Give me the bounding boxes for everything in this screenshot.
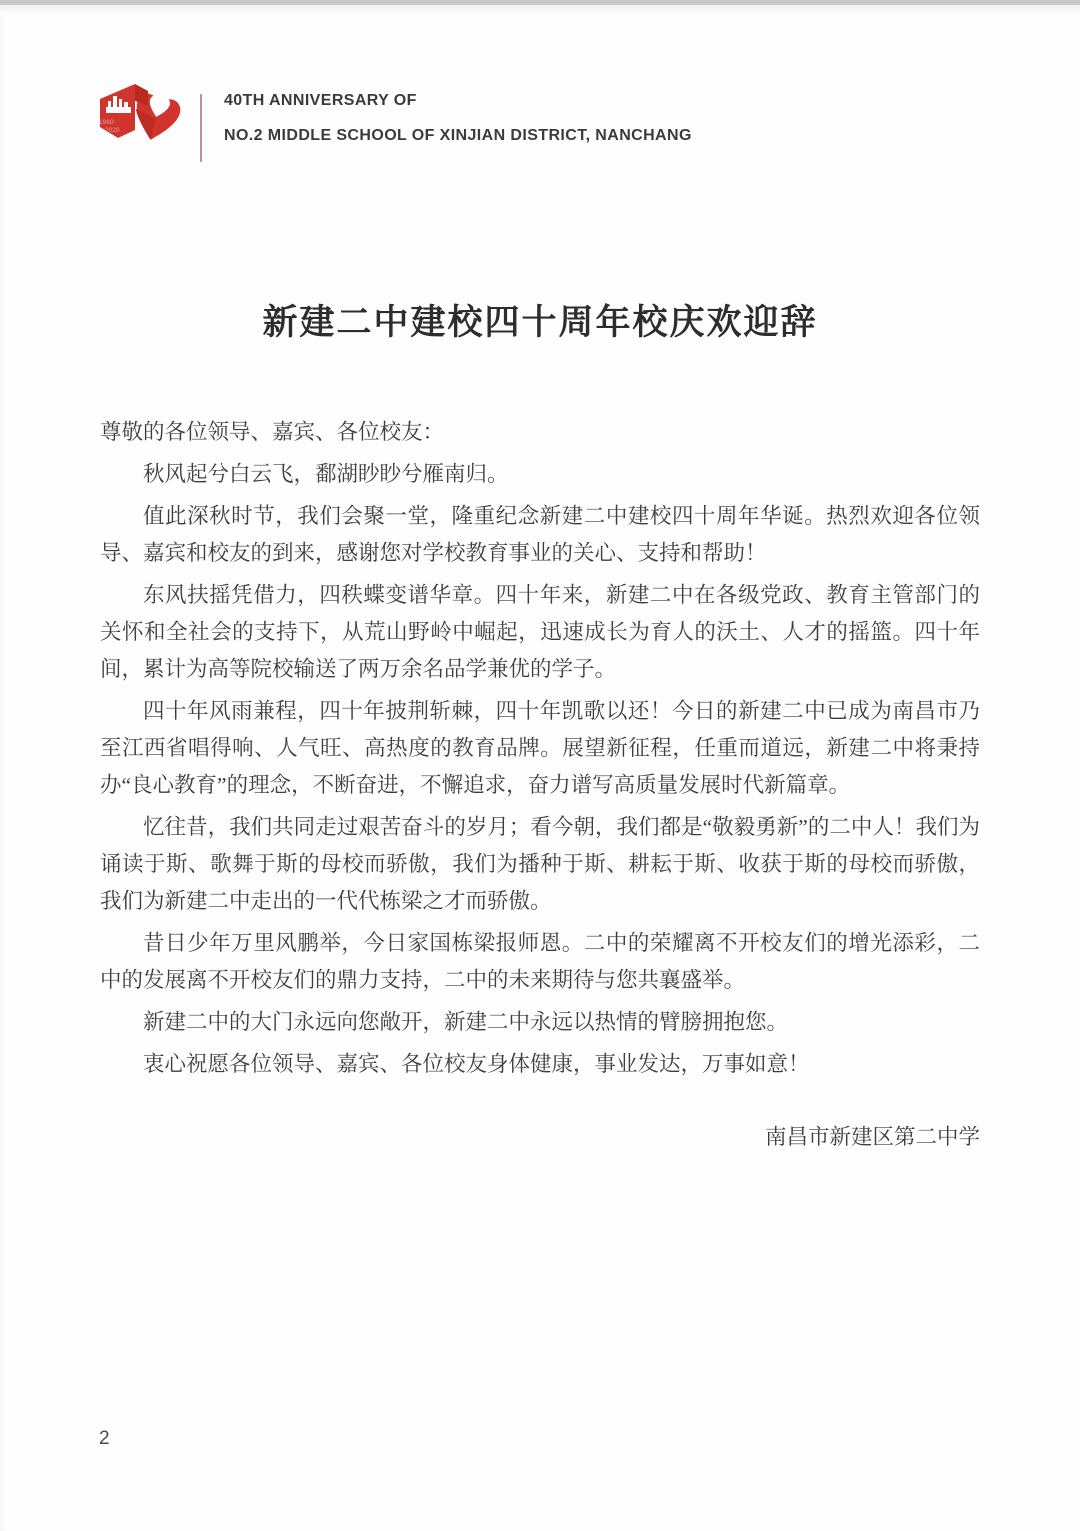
speech-body: 尊敬的各位领导、嘉宾、各位校友： 秋风起兮白云飞，鄱湖眇眇兮雁南归。 值此深秋时… bbox=[100, 414, 980, 1161]
page-title: 新建二中建校四十周年校庆欢迎辞 bbox=[0, 295, 1080, 345]
page-header: 1980· 2020 40TH ANNIVERSARY OF NO.2 MIDD… bbox=[92, 78, 692, 178]
anniversary-40-heart-logo-icon: 1980· 2020 bbox=[92, 78, 192, 178]
paragraph-1: 秋风起兮白云飞，鄱湖眇眇兮雁南归。 bbox=[100, 456, 980, 493]
paragraph-3: 东风扶摇凭借力，四秩蝶变谱华章。四十年来，新建二中在各级党政、教育主管部门的关怀… bbox=[100, 577, 980, 688]
paragraph-8: 衷心祝愿各位领导、嘉宾、各位校友身体健康，事业发达，万事如意！ bbox=[100, 1046, 980, 1083]
paragraph-4: 四十年风雨兼程，四十年披荆斩棘，四十年凯歌以还！今日的新建二中已成为南昌市乃至江… bbox=[100, 693, 980, 804]
salutation: 尊敬的各位领导、嘉宾、各位校友： bbox=[100, 414, 980, 451]
page-number: 2 bbox=[99, 1428, 110, 1450]
paragraph-5: 忆往昔，我们共同走过艰苦奋斗的岁月；看今朝，我们都是“敬毅勇新”的二中人！我们为… bbox=[100, 809, 980, 920]
logo-year-end: 2020 bbox=[105, 127, 120, 134]
scan-edge-shadow bbox=[0, 5, 1080, 15]
paragraph-7: 新建二中的大门永远向您敞开，新建二中永远以热情的臂膀拥抱您。 bbox=[100, 1004, 980, 1041]
header-text-block: 40TH ANNIVERSARY OF NO.2 MIDDLE SCHOOL O… bbox=[224, 78, 692, 145]
paragraph-2: 值此深秋时节，我们会聚一堂，隆重纪念新建二中建校四十周年华诞。热烈欢迎各位领导、… bbox=[100, 498, 980, 572]
header-divider bbox=[200, 94, 202, 162]
logo-year-start: 1980· bbox=[99, 119, 116, 126]
signature: 南昌市新建区第二中学 bbox=[100, 1119, 980, 1156]
document-page: 1980· 2020 40TH ANNIVERSARY OF NO.2 MIDD… bbox=[0, 0, 1080, 1531]
paragraph-6: 昔日少年万里风鹏举，今日家国栋梁报师恩。二中的荣耀离不开校友们的增光添彩，二中的… bbox=[100, 925, 980, 999]
header-school-line: NO.2 MIDDLE SCHOOL OF XINJIAN DISTRICT, … bbox=[224, 127, 692, 145]
header-anniversary-line: 40TH ANNIVERSARY OF bbox=[224, 92, 692, 110]
